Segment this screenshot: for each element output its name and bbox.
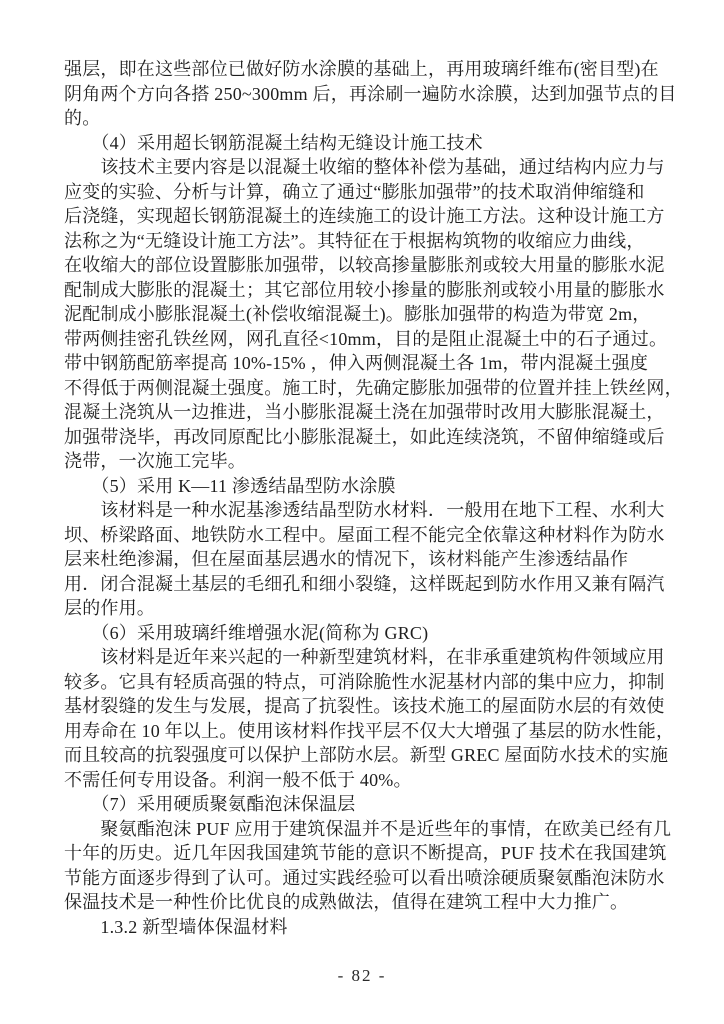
text-line: 带中钢筋配筋率提高 10%-15% ，伸入两侧混凝土各 1m，带内混凝土强度: [64, 351, 684, 376]
text-line: 的。: [64, 106, 684, 131]
paragraph: 该材料是一种水泥基渗透结晶型防水材料．一般用在地下工程、水利大坝、桥梁路面、地铁…: [64, 498, 684, 621]
text-line: 十年的历史。近几年因我国建筑节能的意识不断提高，PUF 技术在我国建筑: [64, 841, 684, 866]
paragraph: 强层，即在这些部位已做好防水涂膜的基础上，再用玻璃纤维布(密目型)在阴角两个方向…: [64, 57, 684, 131]
text-line: 该材料是一种水泥基渗透结晶型防水材料．一般用在地下工程、水利大: [64, 498, 684, 523]
text-line: 后浇缝，实现超长钢筋混凝土的连续施工的设计施工方法。这种设计施工方: [64, 204, 684, 229]
text-line: 在收缩大的部位设置膨胀加强带，以较高掺量膨胀剂或较大用量的膨胀水泥: [64, 253, 684, 278]
text-line: （6）采用玻璃纤维增强水泥(简称为 GRC): [64, 621, 684, 646]
text-line: （4）采用超长钢筋混凝土结构无缝设计施工技术: [64, 131, 684, 156]
text-line: 带两侧挂密孔铁丝网，网孔直径<10mm，目的是阻止混凝土中的石子通过。: [64, 327, 684, 352]
text-line: 该材料是近年来兴起的一种新型建筑材料，在非承重建筑构件领域应用: [64, 645, 684, 670]
text-line: 泥配制成小膨胀混凝土(补偿收缩混凝土)。膨胀加强带的构造为带宽 2m，: [64, 302, 684, 327]
document-page: 强层，即在这些部位已做好防水涂膜的基础上，再用玻璃纤维布(密目型)在阴角两个方向…: [0, 0, 724, 1024]
text-line: 聚氨酯泡沫 PUF 应用于建筑保温并不是近些年的事情，在欧美已经有几: [64, 817, 684, 842]
paragraph: （4）采用超长钢筋混凝土结构无缝设计施工技术: [64, 131, 684, 156]
text-line: 阴角两个方向各搭 250~300mm 后，再涂刷一遍防水涂膜，达到加强节点的目: [64, 82, 684, 107]
text-line: 加强带浇毕，再改同原配比小膨胀混凝土，如此连续浇筑，不留伸缩缝或后: [64, 425, 684, 450]
text-line: 基材裂缝的发生与发展，提高了抗裂性。该技术施工的屋面防水层的有效使: [64, 694, 684, 719]
paragraph: （7）采用硬质聚氨酯泡沫保温层: [64, 792, 684, 817]
text-line: 较多。它具有轻质高强的特点，可消除脆性水泥基材内部的集中应力，抑制: [64, 670, 684, 695]
text-body: 强层，即在这些部位已做好防水涂膜的基础上，再用玻璃纤维布(密目型)在阴角两个方向…: [64, 57, 684, 939]
paragraph: 该材料是近年来兴起的一种新型建筑材料，在非承重建筑构件领域应用较多。它具有轻质高…: [64, 645, 684, 792]
paragraph: 该技术主要内容是以混凝土收缩的整体补偿为基础，通过结构内应力与应变的实验、分析与…: [64, 155, 684, 474]
text-line: 强层，即在这些部位已做好防水涂膜的基础上，再用玻璃纤维布(密目型)在: [64, 57, 684, 82]
paragraph: 聚氨酯泡沫 PUF 应用于建筑保温并不是近些年的事情，在欧美已经有几十年的历史。…: [64, 817, 684, 915]
text-line: （5）采用 K—11 渗透结晶型防水涂膜: [64, 474, 684, 499]
text-line: （7）采用硬质聚氨酯泡沫保温层: [64, 792, 684, 817]
text-line: 用寿命在 10 年以上。使用该材料作找平层不仅大大增强了基层的防水性能，: [64, 719, 684, 744]
text-line: 法称之为“无缝设计施工方法”。其特征在于根据构筑物的收缩应力曲线，: [64, 229, 684, 254]
text-line: 不得低于两侧混凝土强度。施工时，先确定膨胀加强带的位置并挂上铁丝网，: [64, 376, 684, 401]
text-line: 用．闭合混凝土基层的毛细孔和细小裂缝，这样既起到防水作用又兼有隔汽: [64, 572, 684, 597]
text-line: 保温技术是一种性价比优良的成熟做法，值得在建筑工程中大力推广。: [64, 890, 684, 915]
text-line: 不需任何专用设备。利润一般不低于 40%。: [64, 768, 684, 793]
text-line: 该技术主要内容是以混凝土收缩的整体补偿为基础，通过结构内应力与: [64, 155, 684, 180]
page-number: - 82 -: [0, 966, 724, 986]
paragraph: （5）采用 K—11 渗透结晶型防水涂膜: [64, 474, 684, 499]
text-line: 配制成大膨胀的混凝土；其它部位用较小掺量的膨胀剂或较小用量的膨胀水: [64, 278, 684, 303]
text-line: 而且较高的抗裂强度可以保护上部防水层。新型 GREC 屋面防水技术的实施: [64, 743, 684, 768]
text-line: 层来杜绝渗漏，但在屋面基层遇水的情况下，该材料能产生渗透结晶作: [64, 547, 684, 572]
text-line: 节能方面逐步得到了认可。通过实践经验可以看出喷涂硬质聚氨酯泡沫防水: [64, 866, 684, 891]
text-line: 应变的实验、分析与计算，确立了通过“膨胀加强带”的技术取消伸缩缝和: [64, 180, 684, 205]
text-line: 浇带，一次施工完毕。: [64, 449, 684, 474]
paragraph: （6）采用玻璃纤维增强水泥(简称为 GRC): [64, 621, 684, 646]
text-line: 坝、桥梁路面、地铁防水工程中。屋面工程不能完全依靠这种材料作为防水: [64, 523, 684, 548]
text-line: 1.3.2 新型墙体保温材料: [64, 915, 684, 940]
text-line: 层的作用。: [64, 596, 684, 621]
paragraph: 1.3.2 新型墙体保温材料: [64, 915, 684, 940]
text-line: 混凝土浇筑从一边推进，当小膨胀混凝土浇在加强带时改用大膨胀混凝土，: [64, 400, 684, 425]
